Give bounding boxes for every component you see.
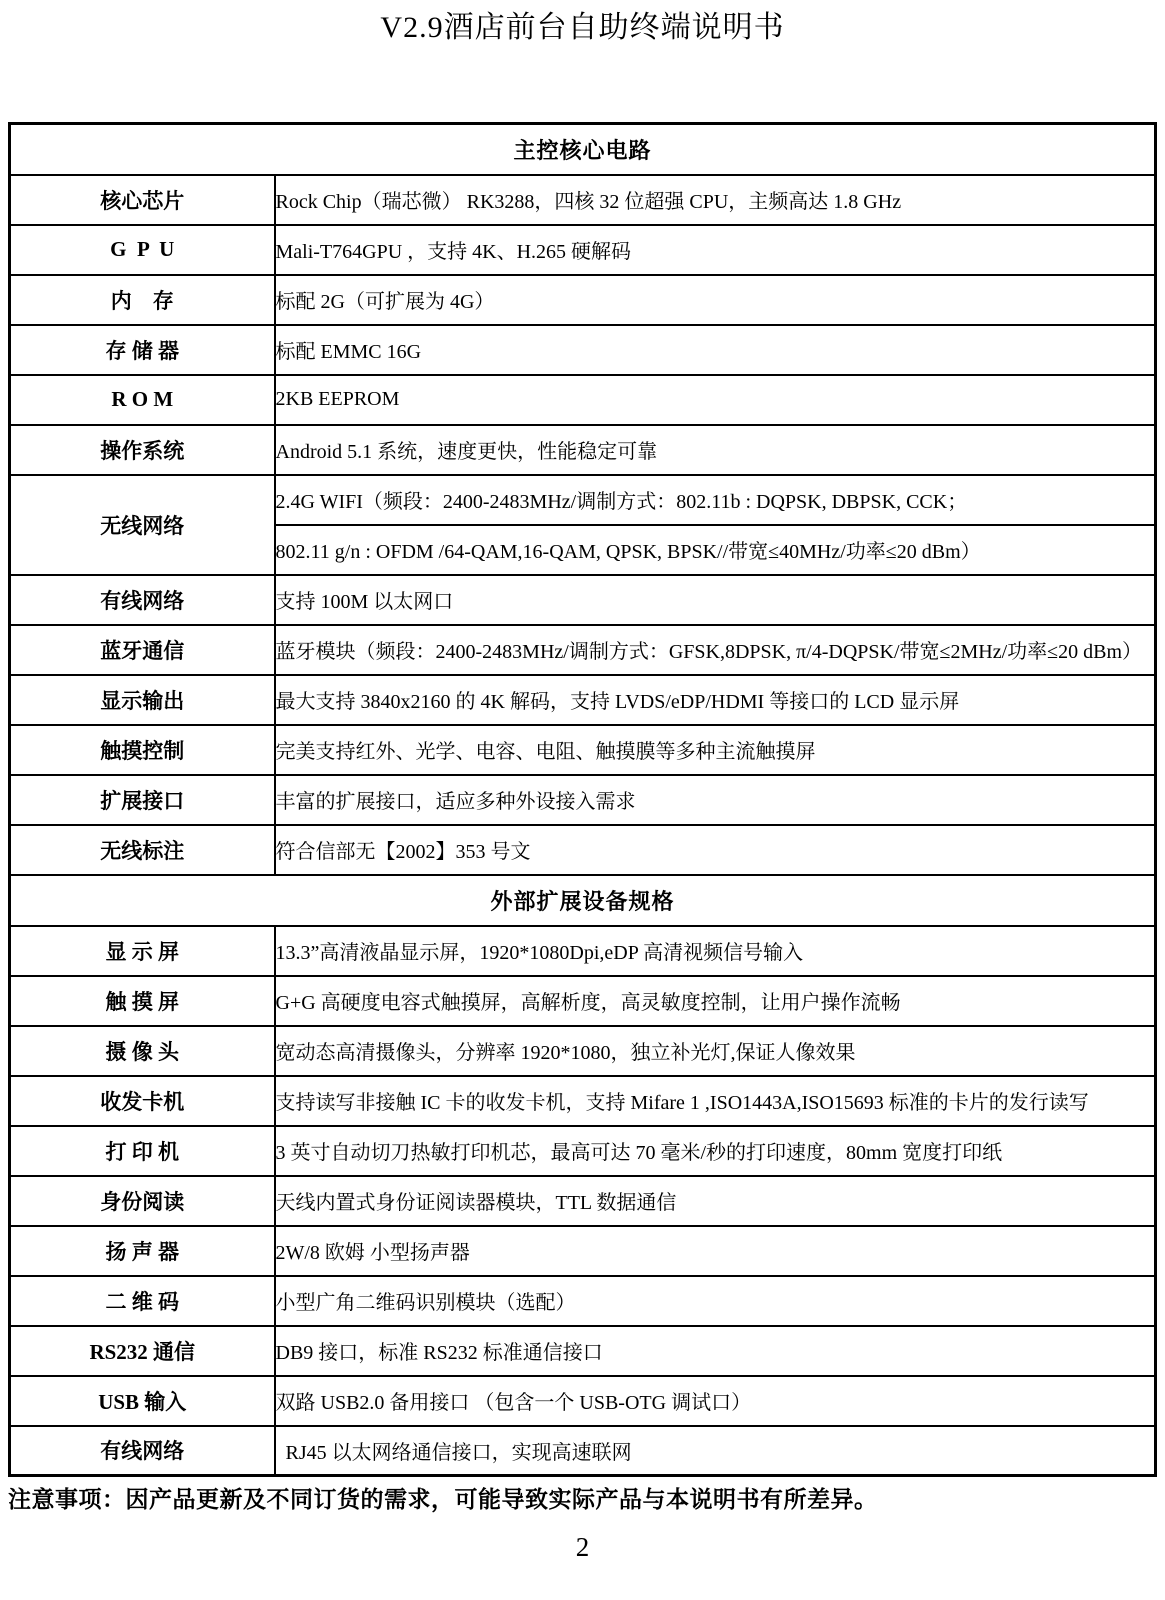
row-value: G+G 高硬度电容式触摸屏，高解析度，高灵敏度控制，让用户操作流畅 — [275, 976, 1156, 1026]
row-value: 支持 100M 以太网口 — [275, 575, 1156, 625]
row-value: 双路 USB2.0 备用接口 （包含一个 USB-OTG 调试口） — [275, 1376, 1156, 1426]
row-label: USB 输入 — [10, 1376, 275, 1426]
row-label: 触 摸 屏 — [10, 976, 275, 1026]
table-row: 无线标注符合信部无【2002】353 号文 — [10, 825, 1156, 875]
table-row: 有线网络支持 100M 以太网口 — [10, 575, 1156, 625]
table-row: 操作系统Android 5.1 系统，速度更快，性能稳定可靠 — [10, 425, 1156, 475]
table-row: 内 存标配 2G（可扩展为 4G） — [10, 275, 1156, 325]
row-label: 显示输出 — [10, 675, 275, 725]
row-value: 符合信部无【2002】353 号文 — [275, 825, 1156, 875]
row-value: 最大支持 3840x2160 的 4K 解码，支持 LVDS/eDP/HDMI … — [275, 675, 1156, 725]
table-row: 蓝牙通信蓝牙模块（频段：2400-2483MHz/调制方式：GFSK,8DPSK… — [10, 625, 1156, 675]
row-label: 触摸控制 — [10, 725, 275, 775]
row-label: 蓝牙通信 — [10, 625, 275, 675]
row-value: 支持读写非接触 IC 卡的收发卡机，支持 Mifare 1 ,ISO1443A,… — [275, 1076, 1156, 1126]
table-row: G P UMali-T764GPU ，支持 4K、H.265 硬解码 — [10, 225, 1156, 275]
row-value: 丰富的扩展接口，适应多种外设接入需求 — [275, 775, 1156, 825]
row-value: 3 英寸自动切刀热敏打印机芯，最高可达 70 毫米/秒的打印速度，80mm 宽度… — [275, 1126, 1156, 1176]
row-label: 收发卡机 — [10, 1076, 275, 1126]
row-value: Mali-T764GPU ，支持 4K、H.265 硬解码 — [275, 225, 1156, 275]
row-value: 天线内置式身份证阅读器模块，TTL 数据通信 — [275, 1176, 1156, 1226]
row-value: DB9 接口，标准 RS232 标准通信接口 — [275, 1326, 1156, 1376]
row-label: G P U — [10, 225, 275, 275]
row-label: 核心芯片 — [10, 175, 275, 225]
row-value: 小型广角二维码识别模块（选配） — [275, 1276, 1156, 1326]
table-row: R O M2KB EEPROM — [10, 375, 1156, 425]
row-value: 蓝牙模块（频段：2400-2483MHz/调制方式：GFSK,8DPSK, π/… — [275, 625, 1156, 675]
row-value: Rock Chip（瑞芯微） RK3288，四核 32 位超强 CPU，主频高达… — [275, 175, 1156, 225]
section-header: 主控核心电路 — [10, 124, 1156, 175]
row-label: R O M — [10, 375, 275, 425]
row-label: 无线网络 — [10, 475, 275, 575]
table-row: 有线网络 RJ45 以太网络通信接口，实现高速联网 — [10, 1426, 1156, 1476]
table-row: 核心芯片Rock Chip（瑞芯微） RK3288，四核 32 位超强 CPU，… — [10, 175, 1156, 225]
table-row: 摄 像 头宽动态高清摄像头，分辨率 1920*1080，独立补光灯,保证人像效果 — [10, 1026, 1156, 1076]
table-row: 触摸控制完美支持红外、光学、电容、电阻、触摸膜等多种主流触摸屏 — [10, 725, 1156, 775]
row-value: 13.3”高清液晶显示屏，1920*1080Dpi,eDP 高清视频信号输入 — [275, 926, 1156, 976]
row-value: 宽动态高清摄像头，分辨率 1920*1080，独立补光灯,保证人像效果 — [275, 1026, 1156, 1076]
section-header-row: 外部扩展设备规格 — [10, 875, 1156, 926]
row-value: 2W/8 欧姆 小型扬声器 — [275, 1226, 1156, 1276]
row-label: 打 印 机 — [10, 1126, 275, 1176]
row-label: 有线网络 — [10, 1426, 275, 1476]
row-label: 内 存 — [10, 275, 275, 325]
row-value: 802.11 g/n : OFDM /64-QAM,16-QAM, QPSK, … — [275, 525, 1156, 575]
row-value: RJ45 以太网络通信接口，实现高速联网 — [275, 1426, 1156, 1476]
table-row: 存 储 器标配 EMMC 16G — [10, 325, 1156, 375]
note: 注意事项：因产品更新及不同订货的需求，可能导致实际产品与本说明书有所差异。 — [8, 1481, 1157, 1514]
row-label: 摄 像 头 — [10, 1026, 275, 1076]
row-label: 有线网络 — [10, 575, 275, 625]
row-value: 2KB EEPROM — [275, 375, 1156, 425]
table-row: 二 维 码小型广角二维码识别模块（选配） — [10, 1276, 1156, 1326]
table-row: 显 示 屏13.3”高清液晶显示屏，1920*1080Dpi,eDP 高清视频信… — [10, 926, 1156, 976]
table-row: 扩展接口丰富的扩展接口，适应多种外设接入需求 — [10, 775, 1156, 825]
row-label: 显 示 屏 — [10, 926, 275, 976]
row-label: 存 储 器 — [10, 325, 275, 375]
table-row: 显示输出最大支持 3840x2160 的 4K 解码，支持 LVDS/eDP/H… — [10, 675, 1156, 725]
row-label: 扩展接口 — [10, 775, 275, 825]
table-row: USB 输入双路 USB2.0 备用接口 （包含一个 USB-OTG 调试口） — [10, 1376, 1156, 1426]
row-label: 身份阅读 — [10, 1176, 275, 1226]
row-label: 二 维 码 — [10, 1276, 275, 1326]
table-row: RS232 通信DB9 接口，标准 RS232 标准通信接口 — [10, 1326, 1156, 1376]
row-value: 标配 EMMC 16G — [275, 325, 1156, 375]
row-value: 标配 2G（可扩展为 4G） — [275, 275, 1156, 325]
table-row: 打 印 机3 英寸自动切刀热敏打印机芯，最高可达 70 毫米/秒的打印速度，80… — [10, 1126, 1156, 1176]
row-value: 2.4G WIFI（频段：2400-2483MHz/调制方式：802.11b :… — [275, 475, 1156, 525]
table-row: 收发卡机支持读写非接触 IC 卡的收发卡机，支持 Mifare 1 ,ISO14… — [10, 1076, 1156, 1126]
row-value: Android 5.1 系统，速度更快，性能稳定可靠 — [275, 425, 1156, 475]
page-title: V2.9酒店前台自助终端说明书 — [0, 2, 1165, 46]
section-header-row: 主控核心电路 — [10, 124, 1156, 175]
table-row: 扬 声 器2W/8 欧姆 小型扬声器 — [10, 1226, 1156, 1276]
row-label: 无线标注 — [10, 825, 275, 875]
page-number: 2 — [0, 1532, 1165, 1563]
section-header: 外部扩展设备规格 — [10, 875, 1156, 926]
row-label: RS232 通信 — [10, 1326, 275, 1376]
row-value: 完美支持红外、光学、电容、电阻、触摸膜等多种主流触摸屏 — [275, 725, 1156, 775]
table-row: 身份阅读天线内置式身份证阅读器模块，TTL 数据通信 — [10, 1176, 1156, 1226]
table-row: 触 摸 屏G+G 高硬度电容式触摸屏，高解析度，高灵敏度控制，让用户操作流畅 — [10, 976, 1156, 1026]
spec-table: 主控核心电路核心芯片Rock Chip（瑞芯微） RK3288，四核 32 位超… — [8, 122, 1157, 1477]
row-label: 操作系统 — [10, 425, 275, 475]
row-label: 扬 声 器 — [10, 1226, 275, 1276]
table-row: 无线网络2.4G WIFI（频段：2400-2483MHz/调制方式：802.1… — [10, 475, 1156, 525]
